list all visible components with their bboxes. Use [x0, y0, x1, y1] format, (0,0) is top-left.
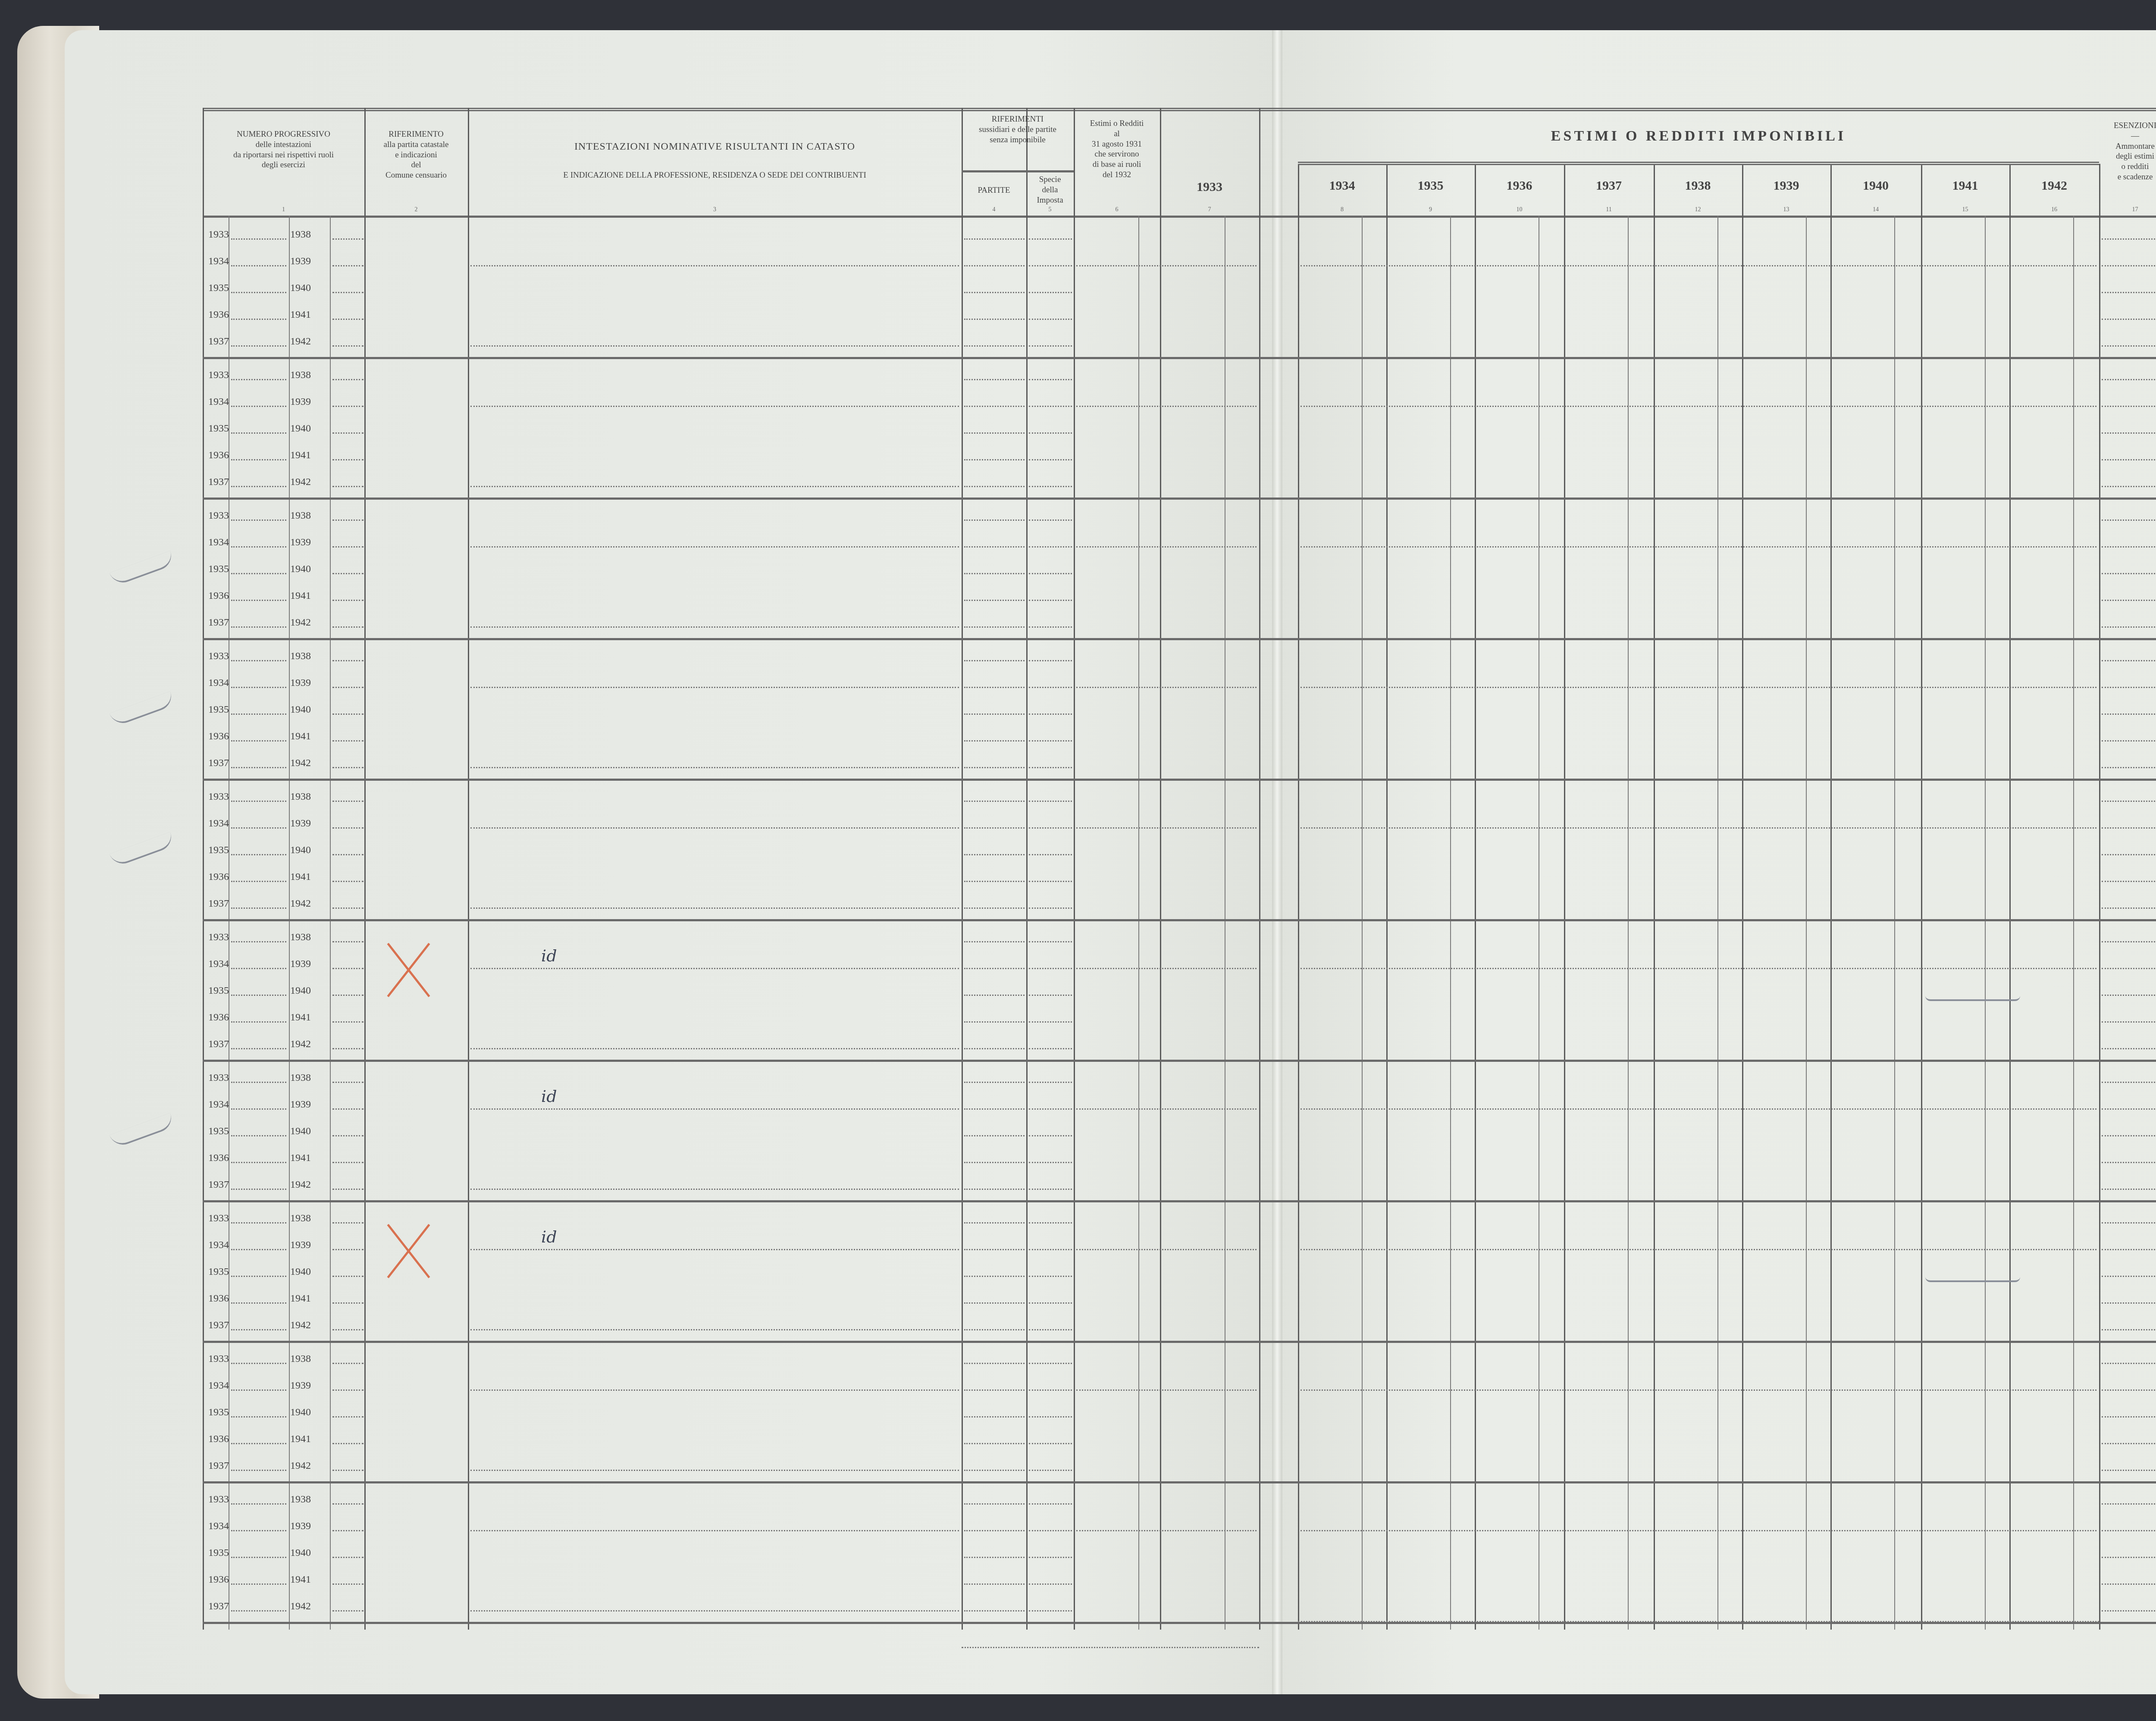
year-label: 1940 — [285, 704, 316, 716]
dotted-rule — [2102, 238, 2156, 240]
dotted-rule — [332, 854, 364, 855]
dotted-rule — [964, 319, 1025, 320]
dotted-rule — [2102, 292, 2156, 293]
dotted-rule — [964, 600, 1025, 601]
dotted-rule — [332, 573, 364, 574]
header-colnum: 10 — [1475, 206, 1564, 214]
dotted-rule — [964, 1610, 1025, 1611]
dotted-rule — [1029, 713, 1072, 715]
dotted-rule — [231, 801, 286, 802]
dotted-rule — [332, 713, 364, 715]
dotted-rule — [1029, 881, 1072, 882]
header-colnum: 17 — [2099, 206, 2156, 214]
year-label: 1935 — [204, 563, 234, 575]
dotted-rule — [231, 1082, 286, 1083]
dotted-rule-values — [1076, 406, 1257, 407]
dotted-rule — [2102, 1108, 2156, 1110]
dotted-rule — [332, 626, 364, 628]
dotted-rule — [231, 968, 286, 969]
dotted-rule — [964, 687, 1025, 688]
year-label: 1940 — [285, 845, 316, 856]
dotted-rule — [2102, 1162, 2156, 1163]
dotted-rule — [332, 1363, 364, 1364]
year-column-divider — [1830, 164, 1832, 1630]
somma-rule — [1298, 1621, 2099, 1622]
dotted-rule — [332, 1108, 364, 1110]
dotted-rule — [332, 1389, 364, 1391]
dotted-rule — [2102, 626, 2156, 628]
year-label: 1933 — [204, 651, 234, 662]
year-label: 1935 — [204, 985, 234, 997]
header-professione: E INDICAZIONE DELLA PROFESSIONE, RESIDEN… — [468, 170, 962, 181]
dotted-rule — [2102, 319, 2156, 320]
dotted-rule — [1029, 1276, 1072, 1277]
dotted-rule — [332, 1162, 364, 1163]
header-colnum: 13 — [1742, 206, 1830, 214]
year-label: 1933 — [204, 1213, 234, 1224]
dotted-rule — [964, 1530, 1025, 1531]
year-label: 1933 — [204, 369, 234, 381]
year-label: 1936 — [204, 871, 234, 883]
dotted-rule — [332, 1021, 364, 1023]
year-label: 1936 — [204, 1012, 234, 1023]
dotted-rule — [231, 379, 286, 380]
dotted-rule — [2102, 767, 2156, 768]
dotted-rule — [964, 740, 1025, 742]
dotted-rule — [332, 1135, 364, 1136]
dotted-rule — [1029, 740, 1072, 742]
dotted-rule-name — [470, 1610, 959, 1611]
year-label: 1934 — [204, 818, 234, 829]
year-label: 1935 — [204, 1266, 234, 1278]
year-label: 1938 — [285, 1213, 316, 1224]
header-colnum: 8 — [1298, 206, 1386, 214]
dotted-rule — [964, 907, 1025, 909]
dotted-rule — [1029, 941, 1072, 942]
year-label: 1938 — [285, 369, 316, 381]
subcolumn-divider — [330, 216, 331, 1630]
dotted-rule — [964, 432, 1025, 434]
entry-separator — [203, 1481, 2156, 1483]
dotted-rule — [2102, 1222, 2156, 1223]
dotted-rule — [2102, 827, 2156, 829]
dotted-rule — [1029, 1503, 1072, 1505]
dotted-rule-name — [470, 907, 959, 909]
dotted-rule — [964, 660, 1025, 661]
dotted-rule — [231, 1470, 286, 1471]
year-column-divider — [1654, 164, 1655, 1630]
dotted-rule — [964, 265, 1025, 266]
dotted-rule — [1029, 406, 1072, 407]
year-label: 1941 — [285, 1293, 316, 1305]
dotted-rule — [964, 1162, 1025, 1163]
dotted-rule — [1029, 1048, 1072, 1049]
dotted-rule — [332, 238, 364, 240]
dotted-rule — [231, 626, 286, 628]
dotted-rule — [1029, 486, 1072, 487]
year-column-divider — [2009, 164, 2011, 1630]
dotted-rule — [332, 345, 364, 347]
year-label: 1940 — [285, 1407, 316, 1418]
year-label: 1937 — [204, 1179, 234, 1191]
year-label: 1934 — [204, 1239, 234, 1251]
dotted-rule-name — [470, 345, 959, 347]
dotted-rule — [2102, 1583, 2156, 1585]
dotted-rule — [1029, 968, 1072, 969]
year-column-divider — [2099, 164, 2100, 1630]
dotted-rule — [231, 265, 286, 266]
dotted-rule — [1029, 292, 1072, 293]
year-label: 1937 — [204, 898, 234, 910]
dotted-rule-values — [1076, 1389, 1257, 1391]
dotted-rule — [2102, 1530, 2156, 1531]
header-bottom-rule — [203, 216, 2156, 218]
dotted-rule — [1029, 995, 1072, 996]
dotted-rule — [964, 573, 1025, 574]
year-label: 1936 — [204, 450, 234, 461]
header-numero-progressivo: NUMERO PROGRESSIVO delle intestazioni da… — [203, 129, 364, 170]
dotted-rule — [231, 1135, 286, 1136]
dotted-rule — [964, 379, 1025, 380]
dotted-rule — [2102, 881, 2156, 882]
dotted-rule — [231, 1389, 286, 1391]
dotted-rule — [231, 1363, 286, 1364]
year-label: 1934 — [204, 537, 234, 548]
header-year-1936: 1936 — [1475, 178, 1564, 194]
year-label: 1935 — [204, 845, 234, 856]
dotted-rule — [964, 1557, 1025, 1558]
dotted-rule — [231, 1443, 286, 1444]
dotted-rule — [332, 907, 364, 909]
header-year-1937: 1937 — [1564, 178, 1654, 194]
dotted-rule — [231, 687, 286, 688]
year-label: 1941 — [285, 309, 316, 321]
dotted-rule — [1029, 265, 1072, 266]
year-label: 1933 — [204, 791, 234, 803]
year-label: 1933 — [204, 932, 234, 943]
dotted-rule — [231, 319, 286, 320]
dotted-rule-name — [470, 406, 959, 407]
dotted-rule-values — [1076, 1530, 1257, 1531]
dotted-rule-values — [1076, 1249, 1257, 1250]
year-label: 1934 — [204, 1099, 234, 1111]
dotted-rule-name — [470, 1389, 959, 1391]
dotted-rule — [2102, 968, 2156, 969]
year-label: 1939 — [285, 1239, 316, 1251]
year-label: 1935 — [204, 423, 234, 435]
dotted-rule — [964, 1222, 1025, 1223]
entry-separator — [203, 1341, 2156, 1343]
dotted-rule — [231, 1162, 286, 1163]
year-label: 1942 — [285, 476, 316, 488]
dotted-rule — [2102, 1082, 2156, 1083]
dotted-rule-values — [1076, 687, 1257, 688]
year-label: 1938 — [285, 791, 316, 803]
entry-separator — [203, 1060, 2156, 1062]
dotted-rule — [964, 1416, 1025, 1417]
dotted-rule — [964, 546, 1025, 548]
dotted-rule — [964, 406, 1025, 407]
year-label: 1936 — [204, 309, 234, 321]
pencil-underline — [1925, 1277, 2020, 1282]
year-label: 1938 — [285, 932, 316, 943]
dotted-rule-values — [1076, 546, 1257, 548]
dotted-rule-name — [470, 626, 959, 628]
dotted-rule — [964, 767, 1025, 768]
dotted-rule — [332, 740, 364, 742]
dotted-rule — [1029, 1470, 1072, 1471]
year-label: 1940 — [285, 1126, 316, 1137]
dotted-rule — [1029, 1249, 1072, 1250]
dotted-rule — [2102, 713, 2156, 715]
dotted-rule — [1029, 1363, 1072, 1364]
year-label: 1937 — [204, 617, 234, 629]
ledger-page-left — [65, 30, 1276, 1694]
dotted-rule — [964, 1135, 1025, 1136]
dotted-rule — [1029, 459, 1072, 460]
dotted-rule — [2102, 1135, 2156, 1136]
year-label: 1934 — [204, 256, 234, 267]
header-colnum: 16 — [2009, 206, 2099, 214]
dotted-rule — [231, 1302, 286, 1304]
dotted-rule — [2102, 1048, 2156, 1049]
dotted-rule — [2102, 1443, 2156, 1444]
column-divider — [468, 108, 469, 1630]
dotted-rule — [2102, 687, 2156, 688]
year-column-divider — [1475, 164, 1476, 1630]
year-label: 1935 — [204, 704, 234, 716]
dotted-rule-name — [470, 1189, 959, 1190]
dotted-rule — [332, 459, 364, 460]
dotted-rule — [231, 907, 286, 909]
dotted-rule — [1029, 1135, 1072, 1136]
dotted-rule — [1029, 1610, 1072, 1611]
dotted-rule — [964, 1108, 1025, 1110]
year-label: 1941 — [285, 1012, 316, 1023]
entry-separator — [203, 1200, 2156, 1202]
dotted-rule-name — [470, 767, 959, 768]
somma-rule — [962, 1647, 1259, 1648]
dotted-rule — [1029, 1222, 1072, 1223]
dotted-rule — [332, 1557, 364, 1558]
dotted-rule — [1029, 907, 1072, 909]
year-label: 1937 — [204, 1320, 234, 1331]
dotted-rule — [1029, 1082, 1072, 1083]
dotted-rule — [964, 827, 1025, 829]
cents-divider — [1717, 216, 1718, 1630]
header-year-1934: 1934 — [1298, 178, 1386, 194]
dotted-rule — [1029, 801, 1072, 802]
dotted-rule-values — [1076, 265, 1257, 266]
dotted-rule-values — [1300, 687, 2096, 688]
dotted-rule — [2102, 740, 2156, 742]
year-label: 1941 — [285, 731, 316, 742]
dotted-rule — [231, 1416, 286, 1417]
year-label: 1938 — [285, 651, 316, 662]
year-label: 1939 — [285, 396, 316, 408]
dotted-rule — [964, 1082, 1025, 1083]
dotted-rule — [2102, 1329, 2156, 1330]
column-divider — [962, 108, 963, 1630]
dotted-rule — [332, 968, 364, 969]
dotted-rule — [2102, 1470, 2156, 1471]
dotted-rule — [1029, 1583, 1072, 1585]
year-label: 1933 — [204, 510, 234, 522]
year-label: 1939 — [285, 818, 316, 829]
dotted-rule — [231, 1530, 286, 1531]
dotted-rule — [2102, 1021, 2156, 1023]
dotted-rule — [332, 767, 364, 768]
header-intestazioni: INTESTAZIONI NOMINATIVE RISULTANTI IN CA… — [468, 140, 962, 153]
column-divider — [1160, 108, 1161, 1630]
dotted-rule — [231, 238, 286, 240]
dotted-rule — [231, 1583, 286, 1585]
dotted-rule — [231, 1249, 286, 1250]
dotted-rule — [2102, 486, 2156, 487]
dotted-rule — [964, 1021, 1025, 1023]
dotted-rule — [2102, 660, 2156, 661]
dotted-rule-name — [470, 1530, 959, 1531]
header-year-1942: 1942 — [2009, 178, 2099, 194]
dotted-rule — [964, 626, 1025, 628]
cents-divider — [1894, 216, 1895, 1630]
dotted-rule — [332, 1302, 364, 1304]
year-label: 1942 — [285, 757, 316, 769]
dotted-rule-values — [1076, 827, 1257, 829]
dotted-rule — [332, 995, 364, 996]
dotted-rule — [964, 995, 1025, 996]
year-label: 1936 — [204, 1574, 234, 1586]
year-label: 1938 — [285, 1353, 316, 1365]
dotted-rule — [2102, 345, 2156, 347]
dotted-rule — [231, 713, 286, 715]
pencil-underline — [1925, 996, 2020, 1001]
dotted-rule-values — [1300, 1389, 2096, 1391]
year-label: 1942 — [285, 1601, 316, 1612]
dotted-rule — [231, 292, 286, 293]
dotted-rule-name — [470, 827, 959, 829]
dotted-rule-values — [1300, 546, 2096, 548]
dotted-rule — [964, 1363, 1025, 1364]
entry-separator — [203, 638, 2156, 640]
dotted-rule — [1029, 854, 1072, 855]
dotted-rule — [332, 1470, 364, 1471]
dotted-rule-values — [1300, 1530, 2096, 1531]
year-label: 1934 — [204, 1380, 234, 1392]
dotted-rule — [2102, 379, 2156, 380]
dotted-rule-name — [470, 1470, 959, 1471]
year-column-divider — [1921, 164, 1922, 1630]
subheader-rule-riferimenti — [962, 170, 1074, 172]
dotted-rule — [964, 345, 1025, 347]
dotted-rule — [2102, 907, 2156, 909]
dotted-rule — [2102, 432, 2156, 434]
year-label: 1937 — [204, 757, 234, 769]
dotted-rule — [1029, 1443, 1072, 1444]
cents-divider — [2073, 216, 2074, 1630]
year-label: 1937 — [204, 1460, 234, 1472]
year-label: 1941 — [285, 1574, 316, 1586]
dotted-rule-values — [1300, 265, 2096, 266]
dotted-rule — [1029, 1416, 1072, 1417]
year-label: 1939 — [285, 958, 316, 970]
dotted-rule — [2102, 546, 2156, 548]
dotted-rule — [332, 1082, 364, 1083]
year-label: 1933 — [204, 229, 234, 241]
dotted-rule — [1029, 687, 1072, 688]
dotted-rule — [231, 486, 286, 487]
header-colnum: 9 — [1386, 206, 1475, 214]
dotted-rule — [231, 660, 286, 661]
dotted-rule-name — [470, 1329, 959, 1330]
dotted-rule — [332, 941, 364, 942]
dotted-rule — [1029, 600, 1072, 601]
header-colnum: 11 — [1564, 206, 1654, 214]
dotted-rule — [2102, 406, 2156, 407]
header-year-1935: 1935 — [1386, 178, 1475, 194]
header-colnum: 14 — [1830, 206, 1921, 214]
dotted-rule — [2102, 1389, 2156, 1391]
dotted-rule-name — [470, 968, 959, 969]
header-colnum: 12 — [1654, 206, 1742, 214]
year-label: 1939 — [285, 1521, 316, 1532]
header-colnum: 1 — [203, 206, 364, 214]
year-label: 1936 — [204, 1293, 234, 1305]
dotted-rule-name — [470, 546, 959, 548]
book-gutter — [1272, 30, 1282, 1694]
dotted-rule — [964, 1189, 1025, 1190]
dotted-rule-values — [1300, 1108, 2096, 1110]
dotted-rule — [1029, 573, 1072, 574]
dotted-rule — [332, 1329, 364, 1330]
header-top-rule — [203, 108, 2156, 114]
dotted-rule — [231, 600, 286, 601]
dotted-rule — [332, 881, 364, 882]
year-label: 1940 — [285, 1547, 316, 1559]
dotted-rule — [964, 1470, 1025, 1471]
dotted-rule — [332, 406, 364, 407]
dotted-rule — [1029, 1302, 1072, 1304]
dotted-rule — [332, 432, 364, 434]
ledger-page-right — [1276, 30, 2156, 1694]
dotted-rule — [964, 713, 1025, 715]
dotted-rule — [231, 519, 286, 521]
dotted-rule — [231, 767, 286, 768]
year-label: 1940 — [285, 282, 316, 294]
subheader-rule-estimi — [1298, 162, 2099, 168]
year-label: 1942 — [285, 898, 316, 910]
partita-cancelled-mark — [379, 942, 436, 998]
header-estimi-1931: Estimi o Redditi al 31 agosto 1931 che s… — [1074, 119, 1160, 180]
dotted-rule-values — [1300, 406, 2096, 407]
dotted-rule — [231, 995, 286, 996]
header-year-1938: 1938 — [1654, 178, 1742, 194]
dotted-rule — [2102, 1276, 2156, 1277]
dotted-rule — [964, 292, 1025, 293]
dotted-rule-name — [470, 1108, 959, 1110]
dotted-rule — [231, 1329, 286, 1330]
cents-divider — [1539, 216, 1539, 1630]
year-label: 1942 — [285, 336, 316, 347]
dotted-rule-values — [1300, 827, 2096, 829]
dotted-rule — [231, 345, 286, 347]
year-label: 1939 — [285, 256, 316, 267]
column-divider — [1259, 108, 1260, 1630]
dotted-rule-values — [1300, 968, 2096, 969]
dotted-rule — [1029, 519, 1072, 521]
year-label: 1937 — [204, 336, 234, 347]
year-label: 1941 — [285, 450, 316, 461]
